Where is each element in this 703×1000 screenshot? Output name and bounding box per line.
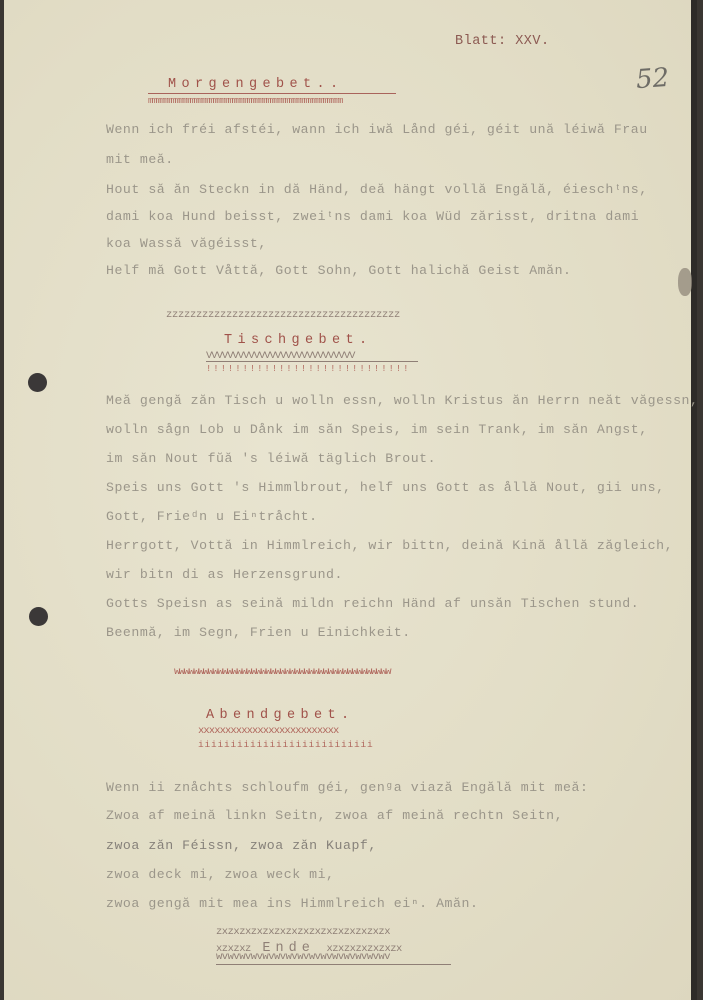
tischgebet-line-5: Gott, Frieᵈn u Eiⁿtråcht.	[106, 509, 318, 524]
document-page: Blatt: XXV. 52 Morgengebet.. mmmmmmmmmmm…	[4, 0, 697, 1000]
tischgebet-line-1: Meă gengă zăn Tisch u wolln essn, wolln …	[106, 393, 698, 408]
morgengebet-line-2: mit meă.	[106, 152, 174, 167]
abendgebet-line-1: Wenn ii znåchts schloufm géi, genᵍa viaz…	[106, 780, 588, 795]
heading-abendgebet: Abendgebet.	[206, 708, 355, 723]
tischgebet-line-2: wolln sågn Lob u Dånk im săn Speis, im s…	[106, 422, 648, 437]
punch-hole-top	[28, 373, 47, 392]
ende-rule-top: zxzxzxzxzxzxzxzxzxzxzxzxzxzxzx	[216, 927, 390, 938]
heading-underline	[148, 93, 396, 94]
abendgebet-line-2: Zwoa af meină linkn Seitn, zwoa af meină…	[106, 808, 563, 823]
decorative-rule-i: !!!!!!!!!!!!!!!!!!!!!!!!!!!!	[206, 364, 410, 375]
abendgebet-line-5: zwoa gengă mit mea ins Himmlreich eiⁿ. A…	[106, 896, 478, 911]
stain-mark	[678, 268, 692, 296]
abendgebet-line-3: zwoa zăn Féissn, zwoa zăn Kuapf,	[106, 838, 377, 853]
heading-tischgebet: Tischgebet.	[224, 333, 373, 348]
ende-underline	[216, 964, 451, 965]
page-edge	[691, 0, 697, 1000]
handwritten-page-number: 52	[635, 63, 670, 95]
morgengebet-line-1: Wenn ich fréi afstéi, wann ich iwă Lånd …	[106, 122, 648, 137]
tischgebet-line-7: wir bitn di as Herzensgrund.	[106, 567, 343, 582]
punch-hole-bottom	[29, 607, 48, 626]
morgengebet-line-5: koa Wassă văgéisst,	[106, 236, 267, 251]
tischgebet-line-4: Speis uns Gott 's Himmlbrout, helf uns G…	[106, 480, 665, 495]
morgengebet-line-4: dami koa Hund beisst, zweiᵗns dami koa W…	[106, 209, 639, 224]
decorative-rule-m: mmmmmmmmmmmmmmmmmmmmmmmmmmmmmmmmmmmmmmmm…	[148, 96, 342, 107]
tischgebet-line-9: Beenmă, im Segn, Frien u Einichkeit.	[106, 625, 411, 640]
folio-label: Blatt: XXV.	[455, 34, 550, 49]
decorative-rule-i2: iiiiiiiiiiiiiiiiiiiiiiiiiii	[198, 739, 374, 750]
ende-rule-bottom: wvwvwvwvwvwvwvwvwvwvwvwvwvwvwv	[216, 952, 390, 963]
heading-underline	[206, 361, 418, 362]
tischgebet-line-8: Gotts Speisn as seină mildn reichn Händ …	[106, 596, 639, 611]
abendgebet-line-4: zwoa deck mi, zwoa weck mi,	[106, 867, 335, 882]
heading-morgengebet: Morgengebet..	[168, 77, 344, 92]
morgengebet-line-6: Helf mă Gott Våttă, Gott Sohn, Gott hali…	[106, 263, 572, 278]
tischgebet-line-3: im săn Nout fŭă 's léiwă täglich Brout.	[106, 451, 436, 466]
morgengebet-line-3: Hout să ăn Steckn in dă Händ, deă hängt …	[106, 182, 648, 197]
decorative-rule-x: xxxxxxxxxxxxxxxxxxxxxxxxxx	[198, 726, 338, 737]
separator-w: wwwwwwwwwwwwwwwwwwwwwwwwwwwwwwwwwwwwwwww…	[174, 667, 390, 678]
tischgebet-line-6: Herrgott, Vottă in Himmlreich, wir bittn…	[106, 538, 673, 553]
separator-z: zzzzzzzzzzzzzzzzzzzzzzzzzzzzzzzzzzzzzzz	[166, 310, 400, 321]
